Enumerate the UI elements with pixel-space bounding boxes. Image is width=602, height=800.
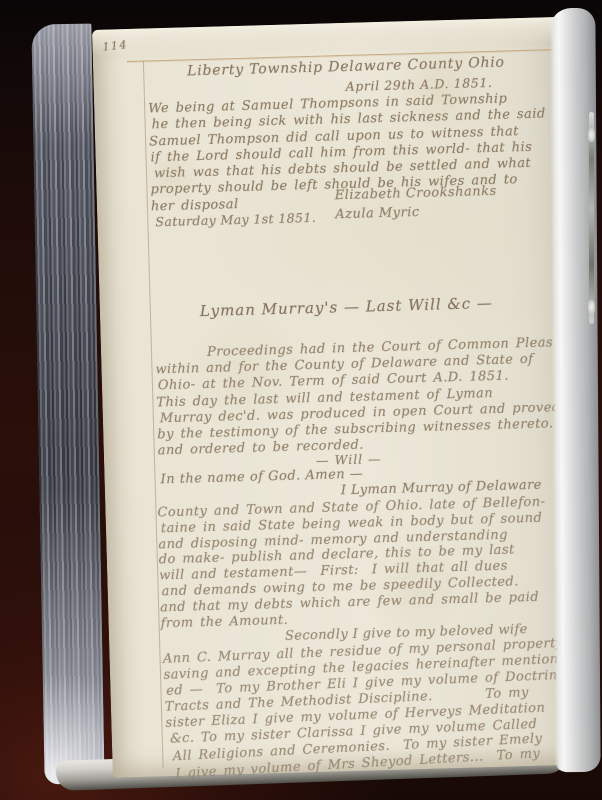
entry-date-note: Saturday May 1st 1851. — [155, 210, 316, 229]
page-number: 114 — [102, 38, 129, 53]
witness-signature: Azula Myric — [335, 205, 420, 222]
photo-background: 114 Liberty Township Delaware County Ohi… — [0, 0, 602, 800]
entry-date-heading: April 29th A.D. 1851. — [345, 75, 492, 94]
will-body-paragraph: County and Town and State of Ohio. late … — [157, 494, 574, 632]
bequests-paragraph: Ann C. Murray all the residue of my pers… — [163, 635, 584, 780]
ledger-page: 114 Liberty Township Delaware County Ohi… — [92, 17, 591, 778]
will-title: Lyman Murray's — Last Will &c — — [200, 294, 494, 320]
page-stack-left-edge — [31, 24, 104, 785]
proceedings-paragraph: Proceedings had in the Court of Common P… — [155, 335, 568, 460]
will-heading: — Will — — [316, 451, 382, 468]
stand-rod — [589, 112, 594, 324]
invocation-line: In the name of God. Amen — — [160, 467, 363, 488]
